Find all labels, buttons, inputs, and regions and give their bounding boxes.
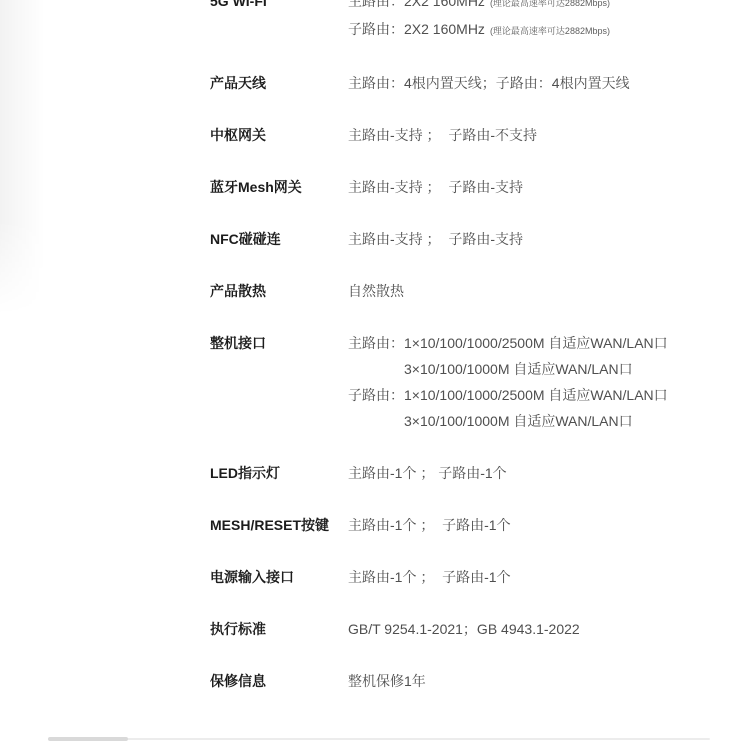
- spec-values: 主路由-支持 ； 子路由-不支持: [348, 122, 537, 148]
- spec-value-line: 3×10/100/1000M 自适应WAN/LAN口: [348, 408, 668, 434]
- spec-row-5g-wifi: 5G WI-FI 主路由：2X2 160MHz(理论最高速率可达2882Mbps…: [210, 0, 715, 44]
- spec-value-text: 主路由：2X2 160MHz: [348, 0, 485, 9]
- spec-label: 蓝牙Mesh网关: [210, 174, 348, 200]
- spec-row-central-gateway: 中枢网关 主路由-支持 ； 子路由-不支持: [210, 122, 715, 148]
- spec-label: 保修信息: [210, 668, 348, 694]
- spec-row-antenna: 产品天线 主路由：4根内置天线；子路由：4根内置天线: [210, 70, 715, 96]
- spec-row-bluetooth-mesh-gateway: 蓝牙Mesh网关 主路由-支持 ； 子路由-支持: [210, 174, 715, 200]
- spec-row-mesh-reset-button: MESH/RESET按键 主路由-1个 ； 子路由-1个: [210, 512, 715, 538]
- product-spec-table: 5G WI-FI 主路由：2X2 160MHz(理论最高速率可达2882Mbps…: [210, 0, 715, 720]
- spec-value-line: 3×10/100/1000M 自适应WAN/LAN口: [348, 356, 668, 382]
- horizontal-scrollbar[interactable]: [48, 736, 710, 742]
- spec-row-nfc-tap-connect: NFC碰碰连 主路由-支持 ； 子路由-支持: [210, 226, 715, 252]
- spec-value-line: 主路由：4根内置天线；子路由：4根内置天线: [348, 70, 630, 96]
- spec-value-line: 主路由-支持 ； 子路由-支持: [348, 226, 523, 252]
- horizontal-scrollbar-track[interactable]: [48, 738, 710, 740]
- spec-value-line: 主路由：1×10/100/1000/2500M 自适应WAN/LAN口: [348, 330, 668, 356]
- spec-label: LED指示灯: [210, 460, 348, 486]
- spec-value-line: 主路由-1个 ； 子路由-1个: [348, 460, 507, 486]
- spec-values: 主路由：2X2 160MHz(理论最高速率可达2882Mbps) 子路由：2X2…: [348, 0, 610, 44]
- spec-values: GB/T 9254.1-2021；GB 4943.1-2022: [348, 616, 580, 642]
- spec-row-power-input: 电源输入接口 主路由-1个 ； 子路由-1个: [210, 564, 715, 590]
- spec-value-line: 整机保修1年: [348, 668, 426, 694]
- horizontal-scrollbar-thumb[interactable]: [48, 737, 128, 741]
- spec-value-line: GB/T 9254.1-2021；GB 4943.1-2022: [348, 616, 580, 642]
- spec-value-note: (理论最高速率可达2882Mbps): [490, 0, 610, 8]
- spec-row-cooling: 产品散热 自然散热: [210, 278, 715, 304]
- spec-value-line: 主路由-1个 ； 子路由-1个: [348, 564, 511, 590]
- spec-value-line: 主路由-1个 ； 子路由-1个: [348, 512, 511, 538]
- spec-row-warranty: 保修信息 整机保修1年: [210, 668, 715, 694]
- spec-label: NFC碰碰连: [210, 226, 348, 252]
- spec-label: 整机接口: [210, 330, 348, 356]
- spec-label: 产品散热: [210, 278, 348, 304]
- spec-label: MESH/RESET按键: [210, 512, 348, 538]
- spec-values: 主路由-1个 ； 子路由-1个: [348, 512, 511, 538]
- spec-value-line: 主路由-支持 ； 子路由-不支持: [348, 122, 537, 148]
- spec-label: 执行标准: [210, 616, 348, 642]
- spec-label: 中枢网关: [210, 122, 348, 148]
- spec-values: 主路由：4根内置天线；子路由：4根内置天线: [348, 70, 630, 96]
- spec-row-ports: 整机接口 主路由：1×10/100/1000/2500M 自适应WAN/LAN口…: [210, 330, 715, 434]
- spec-values: 主路由-1个 ； 子路由-1个: [348, 460, 507, 486]
- spec-label: 产品天线: [210, 70, 348, 96]
- spec-value-line: 主路由-支持 ； 子路由-支持: [348, 174, 523, 200]
- spec-label: 电源输入接口: [210, 564, 348, 590]
- spec-values: 整机保修1年: [348, 668, 426, 694]
- spec-values: 主路由：1×10/100/1000/2500M 自适应WAN/LAN口 3×10…: [348, 330, 668, 434]
- spec-row-standards: 执行标准 GB/T 9254.1-2021；GB 4943.1-2022: [210, 616, 715, 642]
- spec-value-text: 子路由：2X2 160MHz: [348, 21, 485, 37]
- spec-value-line: 主路由：2X2 160MHz(理论最高速率可达2882Mbps): [348, 0, 610, 16]
- spec-label: 5G WI-FI: [210, 0, 348, 14]
- spec-values: 主路由-支持 ； 子路由-支持: [348, 174, 523, 200]
- spec-value-line: 自然散热: [348, 278, 404, 304]
- spec-row-led-indicator: LED指示灯 主路由-1个 ； 子路由-1个: [210, 460, 715, 486]
- spec-value-note: (理论最高速率可达2882Mbps): [490, 26, 610, 36]
- left-edge-shade: [0, 0, 44, 315]
- spec-value-line: 子路由：2X2 160MHz(理论最高速率可达2882Mbps): [348, 16, 610, 44]
- spec-value-line: 子路由：1×10/100/1000/2500M 自适应WAN/LAN口: [348, 382, 668, 408]
- spec-values: 自然散热: [348, 278, 404, 304]
- spec-values: 主路由-支持 ； 子路由-支持: [348, 226, 523, 252]
- spec-values: 主路由-1个 ； 子路由-1个: [348, 564, 511, 590]
